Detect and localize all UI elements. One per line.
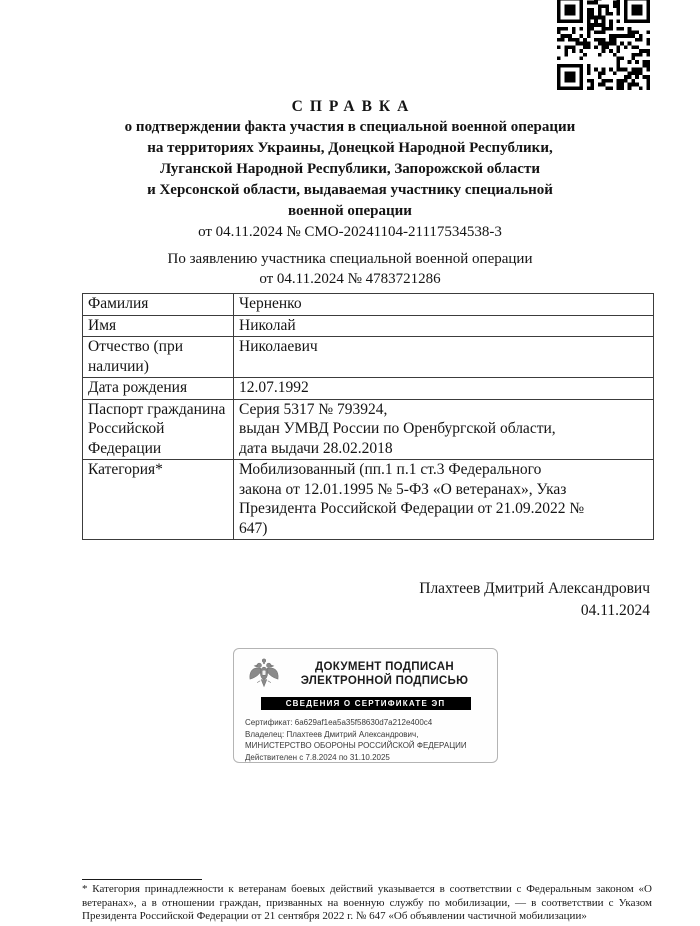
row-value: Черненко	[234, 294, 654, 316]
title-line: и Херсонской области, выдаваемая участни…	[0, 180, 700, 201]
row-label: Дата рождения	[83, 378, 234, 400]
table-row: Паспорт гражданина Российской Федерации …	[83, 399, 654, 460]
row-label: Категория*	[83, 460, 234, 540]
electronic-signature-stamp: ДОКУМЕНТ ПОДПИСАН ЭЛЕКТРОННОЙ ПОДПИСЬЮ С…	[233, 648, 498, 763]
qr-code-icon	[557, 0, 650, 90]
signatory-date: 04.11.2024	[419, 600, 650, 622]
row-value: Николаевич	[234, 337, 654, 378]
title-line: Луганской Народной Республики, Запорожск…	[0, 159, 700, 180]
title-line: на территориях Украины, Донецкой Народно…	[0, 138, 700, 159]
row-label: Паспорт гражданина Российской Федерации	[83, 399, 234, 460]
title-line: о подтверждении факта участия в специаль…	[0, 117, 700, 138]
certificate-info-bar: СВЕДЕНИЯ О СЕРТИФИКАТЕ ЭП	[261, 697, 471, 710]
document-title-block: СПРАВКА о подтверждении факта участия в …	[0, 96, 700, 243]
table-row: Имя Николай	[83, 315, 654, 337]
certificate-number: Сертификат: 6a629af1ea5a35f58630d7a212e4…	[245, 717, 486, 728]
row-label: Отчество (при наличии)	[83, 337, 234, 378]
participant-details-table: Фамилия Черненко Имя Николай Отчество (п…	[82, 293, 654, 540]
row-value: Серия 5317 № 793924, выдан УМВД России п…	[234, 399, 654, 460]
certificate-details: Сертификат: 6a629af1ea5a35f58630d7a212e4…	[245, 717, 486, 763]
stamp-title: ДОКУМЕНТ ПОДПИСАН ЭЛЕКТРОННОЙ ПОДПИСЬЮ	[283, 660, 486, 688]
application-number: от 04.11.2024 № 4783721286	[0, 269, 700, 289]
stamp-header: ДОКУМЕНТ ПОДПИСАН ЭЛЕКТРОННОЙ ПОДПИСЬЮ	[245, 656, 486, 692]
certificate-owner: Владелец: Плахтеев Дмитрий Александрович…	[245, 729, 486, 751]
title-line: военной операции	[0, 201, 700, 222]
row-label: Фамилия	[83, 294, 234, 316]
table-row: Категория* Мобилизованный (пп.1 п.1 ст.3…	[83, 460, 654, 540]
stamp-title-line: ДОКУМЕНТ ПОДПИСАН	[283, 660, 486, 674]
application-statement: По заявлению участника специальной военн…	[0, 249, 700, 289]
footnote-divider	[82, 879, 202, 880]
row-value: 12.07.1992	[234, 378, 654, 400]
doc-type-heading: СПРАВКА	[0, 96, 700, 117]
stamp-title-line: ЭЛЕКТРОННОЙ ПОДПИСЬЮ	[283, 674, 486, 688]
signatory-block: Плахтеев Дмитрий Александрович 04.11.202…	[419, 578, 650, 622]
row-value: Николай	[234, 315, 654, 337]
table-row: Отчество (при наличии) Николаевич	[83, 337, 654, 378]
application-line: По заявлению участника специальной военн…	[0, 249, 700, 269]
signatory-name: Плахтеев Дмитрий Александрович	[419, 578, 650, 600]
russian-coat-of-arms-icon	[245, 656, 283, 692]
table-row: Фамилия Черненко	[83, 294, 654, 316]
certificate-validity: Действителен с 7.8.2024 по 31.10.2025	[245, 752, 486, 763]
footnote: * Категория принадлежности к ветеранам б…	[82, 879, 652, 924]
document-page: СПРАВКА о подтверждении факта участия в …	[0, 0, 700, 926]
row-value: Мобилизованный (пп.1 п.1 ст.3 Федерально…	[234, 460, 654, 540]
row-label: Имя	[83, 315, 234, 337]
doc-number: от 04.11.2024 № СМО-20241104-21117534538…	[0, 222, 700, 243]
table-row: Дата рождения 12.07.1992	[83, 378, 654, 400]
footnote-text: * Категория принадлежности к ветеранам б…	[82, 883, 652, 924]
